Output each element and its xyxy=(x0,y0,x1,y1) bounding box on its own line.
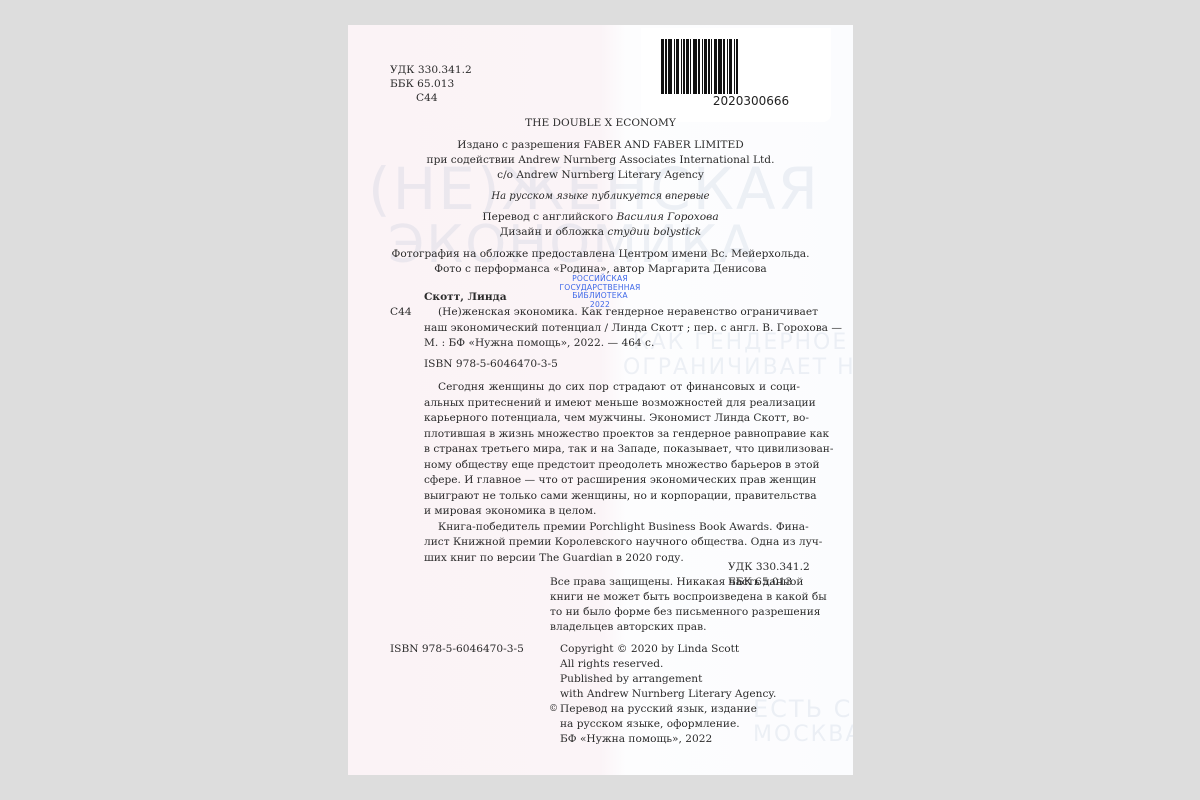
library-barcode-sticker: 2020300666 xyxy=(641,28,831,122)
annotation-line: альных притеснений и имеют меньше возмож… xyxy=(424,396,800,412)
rights-notice-line: владельцев авторских прав. xyxy=(550,620,706,636)
catalog-author-mark: С44 xyxy=(390,305,412,321)
rights-line: при содействии Andrew Nurnberg Associate… xyxy=(348,153,853,169)
footer-udk: УДК 330.341.2 xyxy=(728,560,810,576)
translation-copyright-line: Перевод на русский язык, издание xyxy=(560,702,757,718)
translator-label: Перевод с английского xyxy=(482,211,616,223)
barcode-number: 2020300666 xyxy=(641,94,831,108)
translator-credit: Перевод с английского Василия Горохова xyxy=(348,210,853,226)
annotation-line: Сегодня женщины до сих пор страдают от ф… xyxy=(424,380,800,396)
original-title: THE DOUBLE X ECONOMY xyxy=(348,116,853,132)
rights-line: Издано с разрешения FABER AND FABER LIMI… xyxy=(348,138,853,154)
annotation-line: плотившая в жизнь множество проектов за … xyxy=(424,427,800,443)
annotation-line: карьерного потенциала, чем мужчины. Экон… xyxy=(424,411,800,427)
copyright-line: Copyright © 2020 by Linda Scott xyxy=(560,642,739,658)
author-mark: С44 xyxy=(416,91,438,107)
catalog-line: М. : БФ «Нужна помощь», 2022. — 464 с. xyxy=(424,336,800,352)
catalog-isbn: ISBN 978-5-6046470-3-5 xyxy=(424,357,558,373)
rights-notice-line: Все права защищены. Никакая часть данной xyxy=(550,575,803,591)
catalog-line: (Не)женская экономика. Как гендерное нер… xyxy=(424,305,800,321)
cover-show-through: МОСКВА 2022 xyxy=(753,722,853,747)
annotation-line: и мировая экономика в целом. xyxy=(424,504,800,520)
copyright-symbol-icon: © xyxy=(549,702,558,718)
copyright-line: All rights reserved. xyxy=(560,657,663,673)
design-label: Дизайн и обложка xyxy=(500,226,608,238)
copyright-line: with Andrew Nurnberg Literary Agency. xyxy=(560,687,776,703)
rights-notice-line: книги не может быть воспроизведена в как… xyxy=(550,590,827,606)
annotation-line: выиграют не только сами женщины, но и ко… xyxy=(424,489,800,505)
annotation-line: лист Книжной премии Королевского научног… xyxy=(424,535,800,551)
annotation: Сегодня женщины до сих пор страдают от ф… xyxy=(424,380,800,566)
rights-notice-line: то ни было форме без письменного разреше… xyxy=(550,605,820,621)
annotation-line: в странах третьего мира, так и на Западе… xyxy=(424,442,800,458)
translation-copyright-line: на русском языке, оформление. xyxy=(560,717,740,733)
annotation-line: ному обществу еще предстоит преодолеть м… xyxy=(424,458,800,474)
designer-name: студии bolystick xyxy=(607,226,701,238)
catalog-description: (Не)женская экономика. Как гендерное нер… xyxy=(424,305,800,352)
barcode-icon xyxy=(661,39,829,94)
annotation-line: сфере. И главное — что от расширения эко… xyxy=(424,473,800,489)
first-publication-note: На русском языке публикуется впервые xyxy=(348,189,853,205)
translation-copyright-line: БФ «Нужна помощь», 2022 xyxy=(560,732,712,748)
cover-show-through: ОГРАНИЧИВАЕТ НАШ xyxy=(623,355,853,380)
catalog-line: наш экономический потенциал / Линда Скот… xyxy=(424,321,800,337)
bottom-isbn: ISBN 978-5-6046470-3-5 xyxy=(390,642,524,658)
photo-credit: Фотография на обложке предоставлена Цент… xyxy=(348,247,853,263)
catalog-author: Скотт, Линда xyxy=(424,290,507,306)
design-credit: Дизайн и обложка студии bolystick xyxy=(348,225,853,241)
annotation-line: Книга-победитель премии Porchlight Busin… xyxy=(424,520,800,536)
copyright-line: Published by arrangement xyxy=(560,672,702,688)
book-imprint-page: (НЕ)ЖЕНСКАЯ ЭКОНОМИКА КАК ГЕНДЕРНОЕ ОГРА… xyxy=(348,25,853,775)
translator-name: Василия Горохова xyxy=(616,211,718,223)
rights-line: c/o Andrew Nurnberg Literary Agency xyxy=(348,168,853,184)
